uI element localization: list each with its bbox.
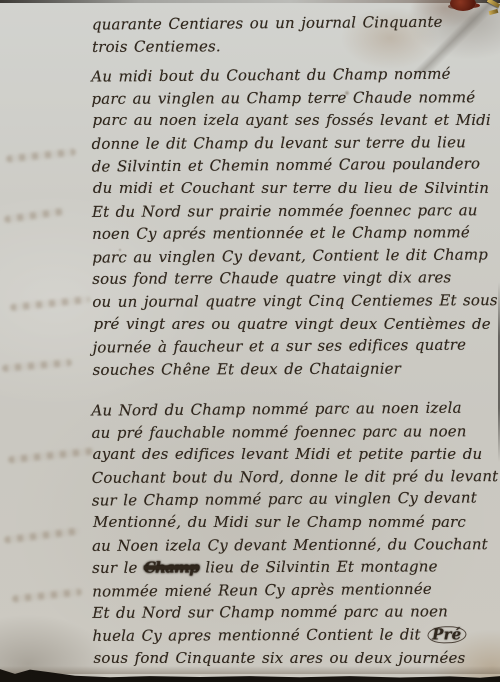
- manuscript-line-with-correction: huela Cy apres mentionné Contient le dit…: [92, 623, 482, 647]
- manuscript-line: sous fond Cinquante six ares ou deux jou…: [94, 647, 484, 670]
- bleedthrough-ghost: [8, 448, 94, 464]
- manuscript-line: journée à faucheur et a sur ses edifices…: [92, 334, 482, 360]
- manuscript-line: pré vingt ares ou quatre vingt deux Cent…: [93, 313, 483, 336]
- manuscript-line: Au midi bout du Couchant du Champ nommé: [91, 62, 481, 88]
- line-text: sur le: [92, 559, 144, 577]
- manuscript-line: ou un journal quatre vingt Cinq Centieme…: [92, 289, 482, 313]
- manuscript-line: Mentionné, du Midi sur le Champ nommé pa…: [93, 511, 483, 534]
- manuscript-line: Couchant bout du Nord, donne le dit pré …: [92, 465, 482, 489]
- manuscript-line: sous fond terre Chaude quatre vingt dix …: [92, 266, 482, 290]
- struck-word: Champ: [144, 559, 199, 577]
- bleedthrough-ghost: [2, 359, 72, 372]
- manuscript-line: noen Cy aprés mentionnée et le Champ nom…: [92, 221, 482, 245]
- manuscript-line: de Silvintin et Chemin nommé Carou poula…: [92, 153, 482, 179]
- manuscript-line: Et du Nord sur prairie nommée foennec pa…: [92, 199, 482, 223]
- line-text: huela Cy apres mentionné Contient le dit: [92, 625, 427, 644]
- manuscript-line: parc au vinglen Cy devant, Contient le d…: [92, 243, 482, 269]
- bleedthrough-ghost: [10, 296, 90, 311]
- bleedthrough-ghost: [4, 527, 80, 543]
- manuscript-page: quarante Centiares ou un journal Cinquan…: [0, 0, 500, 682]
- manuscript-line: au pré fauchable nommé foennec parc au n…: [92, 420, 482, 444]
- paragraph-1: quarante Centiares ou un journal Cinquan…: [92, 11, 482, 58]
- manuscript-line: trois Centiemes.: [92, 34, 482, 58]
- paragraph-2: Au midi bout du Couchant du Champ nommé …: [91, 63, 482, 381]
- line-text: lieu de Silvintin Et montagne: [199, 557, 438, 576]
- manuscript-line: du midi et Couchant sur terre du lieu de…: [93, 177, 483, 200]
- manuscript-line: Et du Nord sur Champ nommé parc au noen: [92, 600, 482, 624]
- manuscript-line: au Noen izela Cy devant Mentionné, du Co…: [92, 533, 482, 557]
- manuscript-line: souches Chêne Et deux de Chataignier: [93, 357, 483, 381]
- manuscript-line-with-strikethrough: sur le Champ lieu de Silvintin Et montag…: [92, 555, 482, 579]
- circled-correction-word: Pré: [427, 626, 466, 643]
- manuscript-line: parc au vinglen au Champ terre Chaude no…: [91, 86, 481, 110]
- bleedthrough-ghost: [4, 208, 64, 223]
- manuscript-line: quarante Centiares ou un journal Cinquan…: [92, 10, 482, 36]
- manuscript-line: sur le Champ nommé parc au vinglen Cy de…: [92, 487, 482, 513]
- manuscript-line: Au Nord du Champ nommé parc au noen izel…: [91, 396, 481, 422]
- manuscript-line: ayant des edifices levant Midi et petite…: [93, 443, 483, 466]
- manuscript-line: donne le dit Champ du levant sur terre d…: [92, 131, 482, 155]
- manuscript-line: parc au noen izela ayant ses fossés leva…: [93, 109, 483, 132]
- bleedthrough-ghost: [6, 148, 76, 162]
- paragraph-3: Au Nord du Champ nommé parc au noen izel…: [91, 397, 482, 670]
- bleedthrough-ghost: [12, 588, 82, 602]
- manuscript-line: nommée miené Reun Cy après mentionnée: [92, 577, 482, 603]
